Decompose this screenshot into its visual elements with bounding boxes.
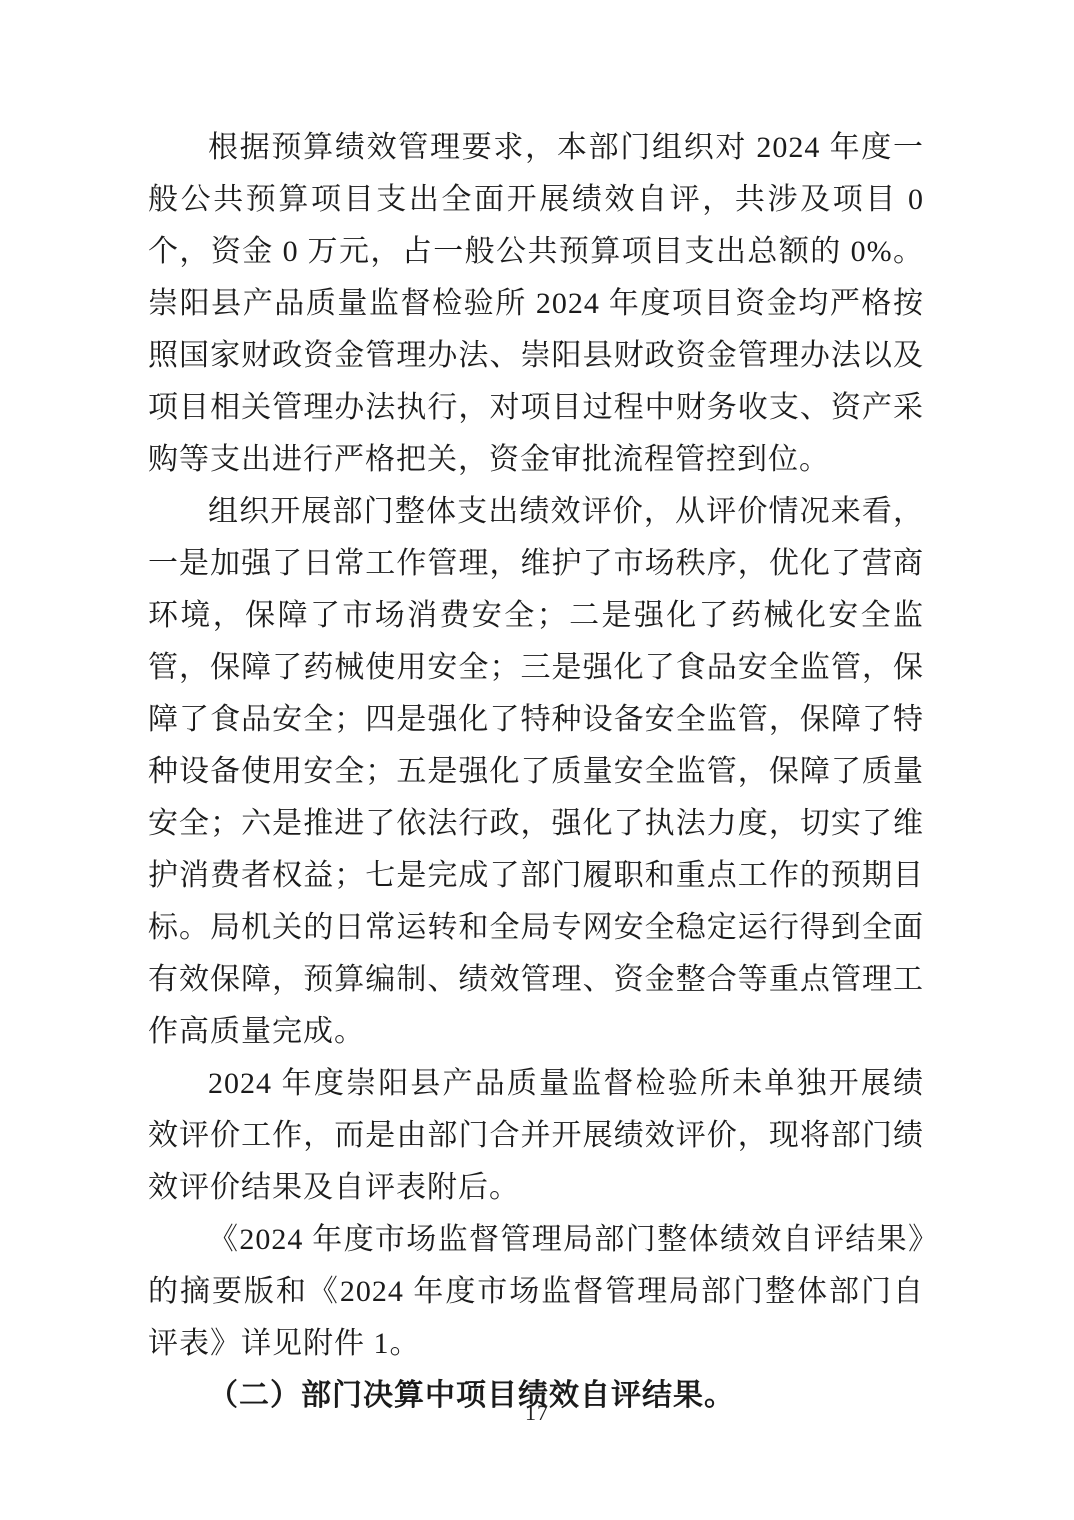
page-number: 17	[0, 1400, 1074, 1426]
paragraph-attachment-reference: 《2024 年度市场监督管理局部门整体绩效自评结果》的摘要版和《2024 年度市…	[148, 1214, 924, 1370]
paragraph-budget-self-evaluation: 根据预算绩效管理要求，本部门组织对 2024 年度一般公共预算项目支出全面开展绩…	[148, 122, 924, 486]
paragraph-merged-evaluation-note: 2024 年度崇阳县产品质量监督检验所未单独开展绩效评价工作，而是由部门合并开展…	[148, 1058, 924, 1214]
paragraph-overall-performance-evaluation: 组织开展部门整体支出绩效评价，从评价情况来看，一是加强了日常工作管理，维护了市场…	[148, 486, 924, 1058]
document-page: 根据预算绩效管理要求，本部门组织对 2024 年度一般公共预算项目支出全面开展绩…	[0, 0, 1074, 1520]
document-text-block: 根据预算绩效管理要求，本部门组织对 2024 年度一般公共预算项目支出全面开展绩…	[148, 122, 924, 1422]
